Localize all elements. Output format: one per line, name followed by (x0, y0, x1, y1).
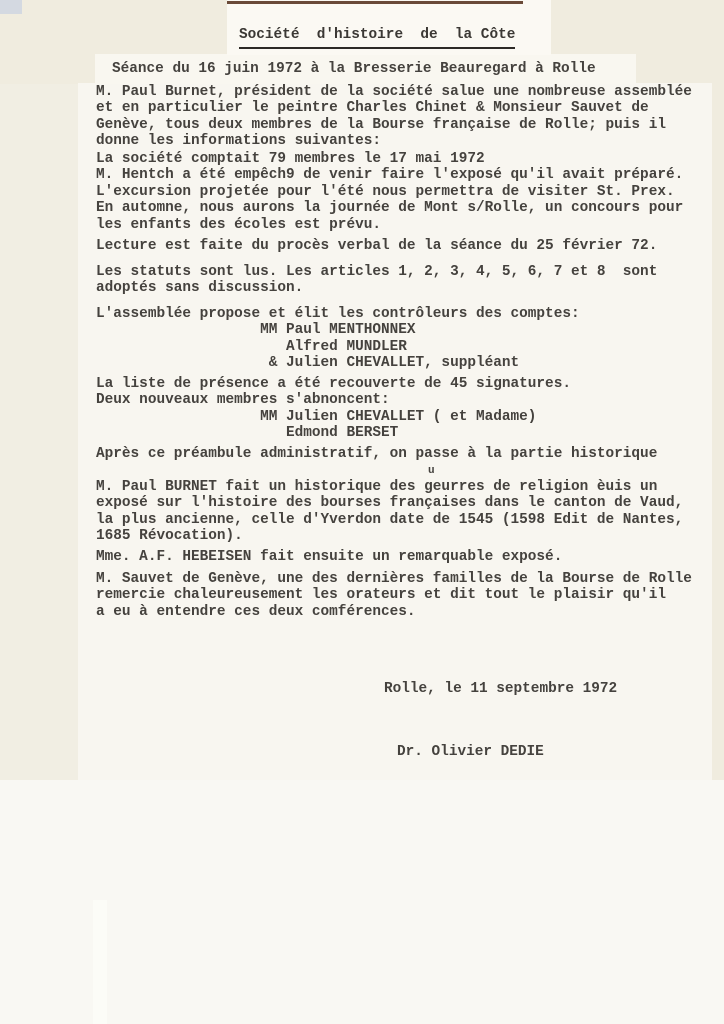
scan-corner-artifact (0, 0, 22, 14)
paragraph-preambule: Après ce préambule administratif, on pas… (96, 446, 657, 462)
paragraph-controleurs-comptes: L'assemblée propose et élit les contrôle… (96, 306, 580, 372)
session-subtitle: Séance du 16 juin 1972 à la Bresserie Be… (112, 61, 596, 77)
place-date-line: Rolle, le 11 septembre 1972 (384, 681, 617, 697)
document-title: Société d'histoire de la Côte (239, 27, 515, 49)
paragraph-informations: La société comptait 79 membres le 17 mai… (96, 151, 683, 233)
overtype-correction-u: u (428, 466, 435, 477)
paragraph-opening-welcome: M. Paul Burnet, président de la société … (96, 84, 692, 150)
scan-light-streak (93, 900, 107, 1024)
paragraph-sauvet-remerciements: M. Sauvet de Genève, une des dernières f… (96, 571, 692, 620)
paragraph-proces-verbal: Lecture est faite du procès verbal de la… (96, 238, 657, 254)
paper-bottom-area (0, 780, 724, 1024)
paragraph-liste-presence: La liste de présence a été recouverte de… (96, 376, 571, 442)
signature-line: Dr. Olivier DEDIE (397, 744, 544, 760)
top-edge-line-artifact (227, 1, 523, 4)
paragraph-statuts: Les statuts sont lus. Les articles 1, 2,… (96, 264, 657, 297)
scanned-document-page: Société d'histoire de la Côte Séance du … (0, 0, 724, 1024)
paragraph-hebeisen: Mme. A.F. HEBEISEN fait ensuite un remar… (96, 549, 562, 565)
paragraph-historique-burnet: M. Paul BURNET fait un historique des ge… (96, 479, 683, 545)
backing-paper-left-margin (0, 84, 90, 784)
